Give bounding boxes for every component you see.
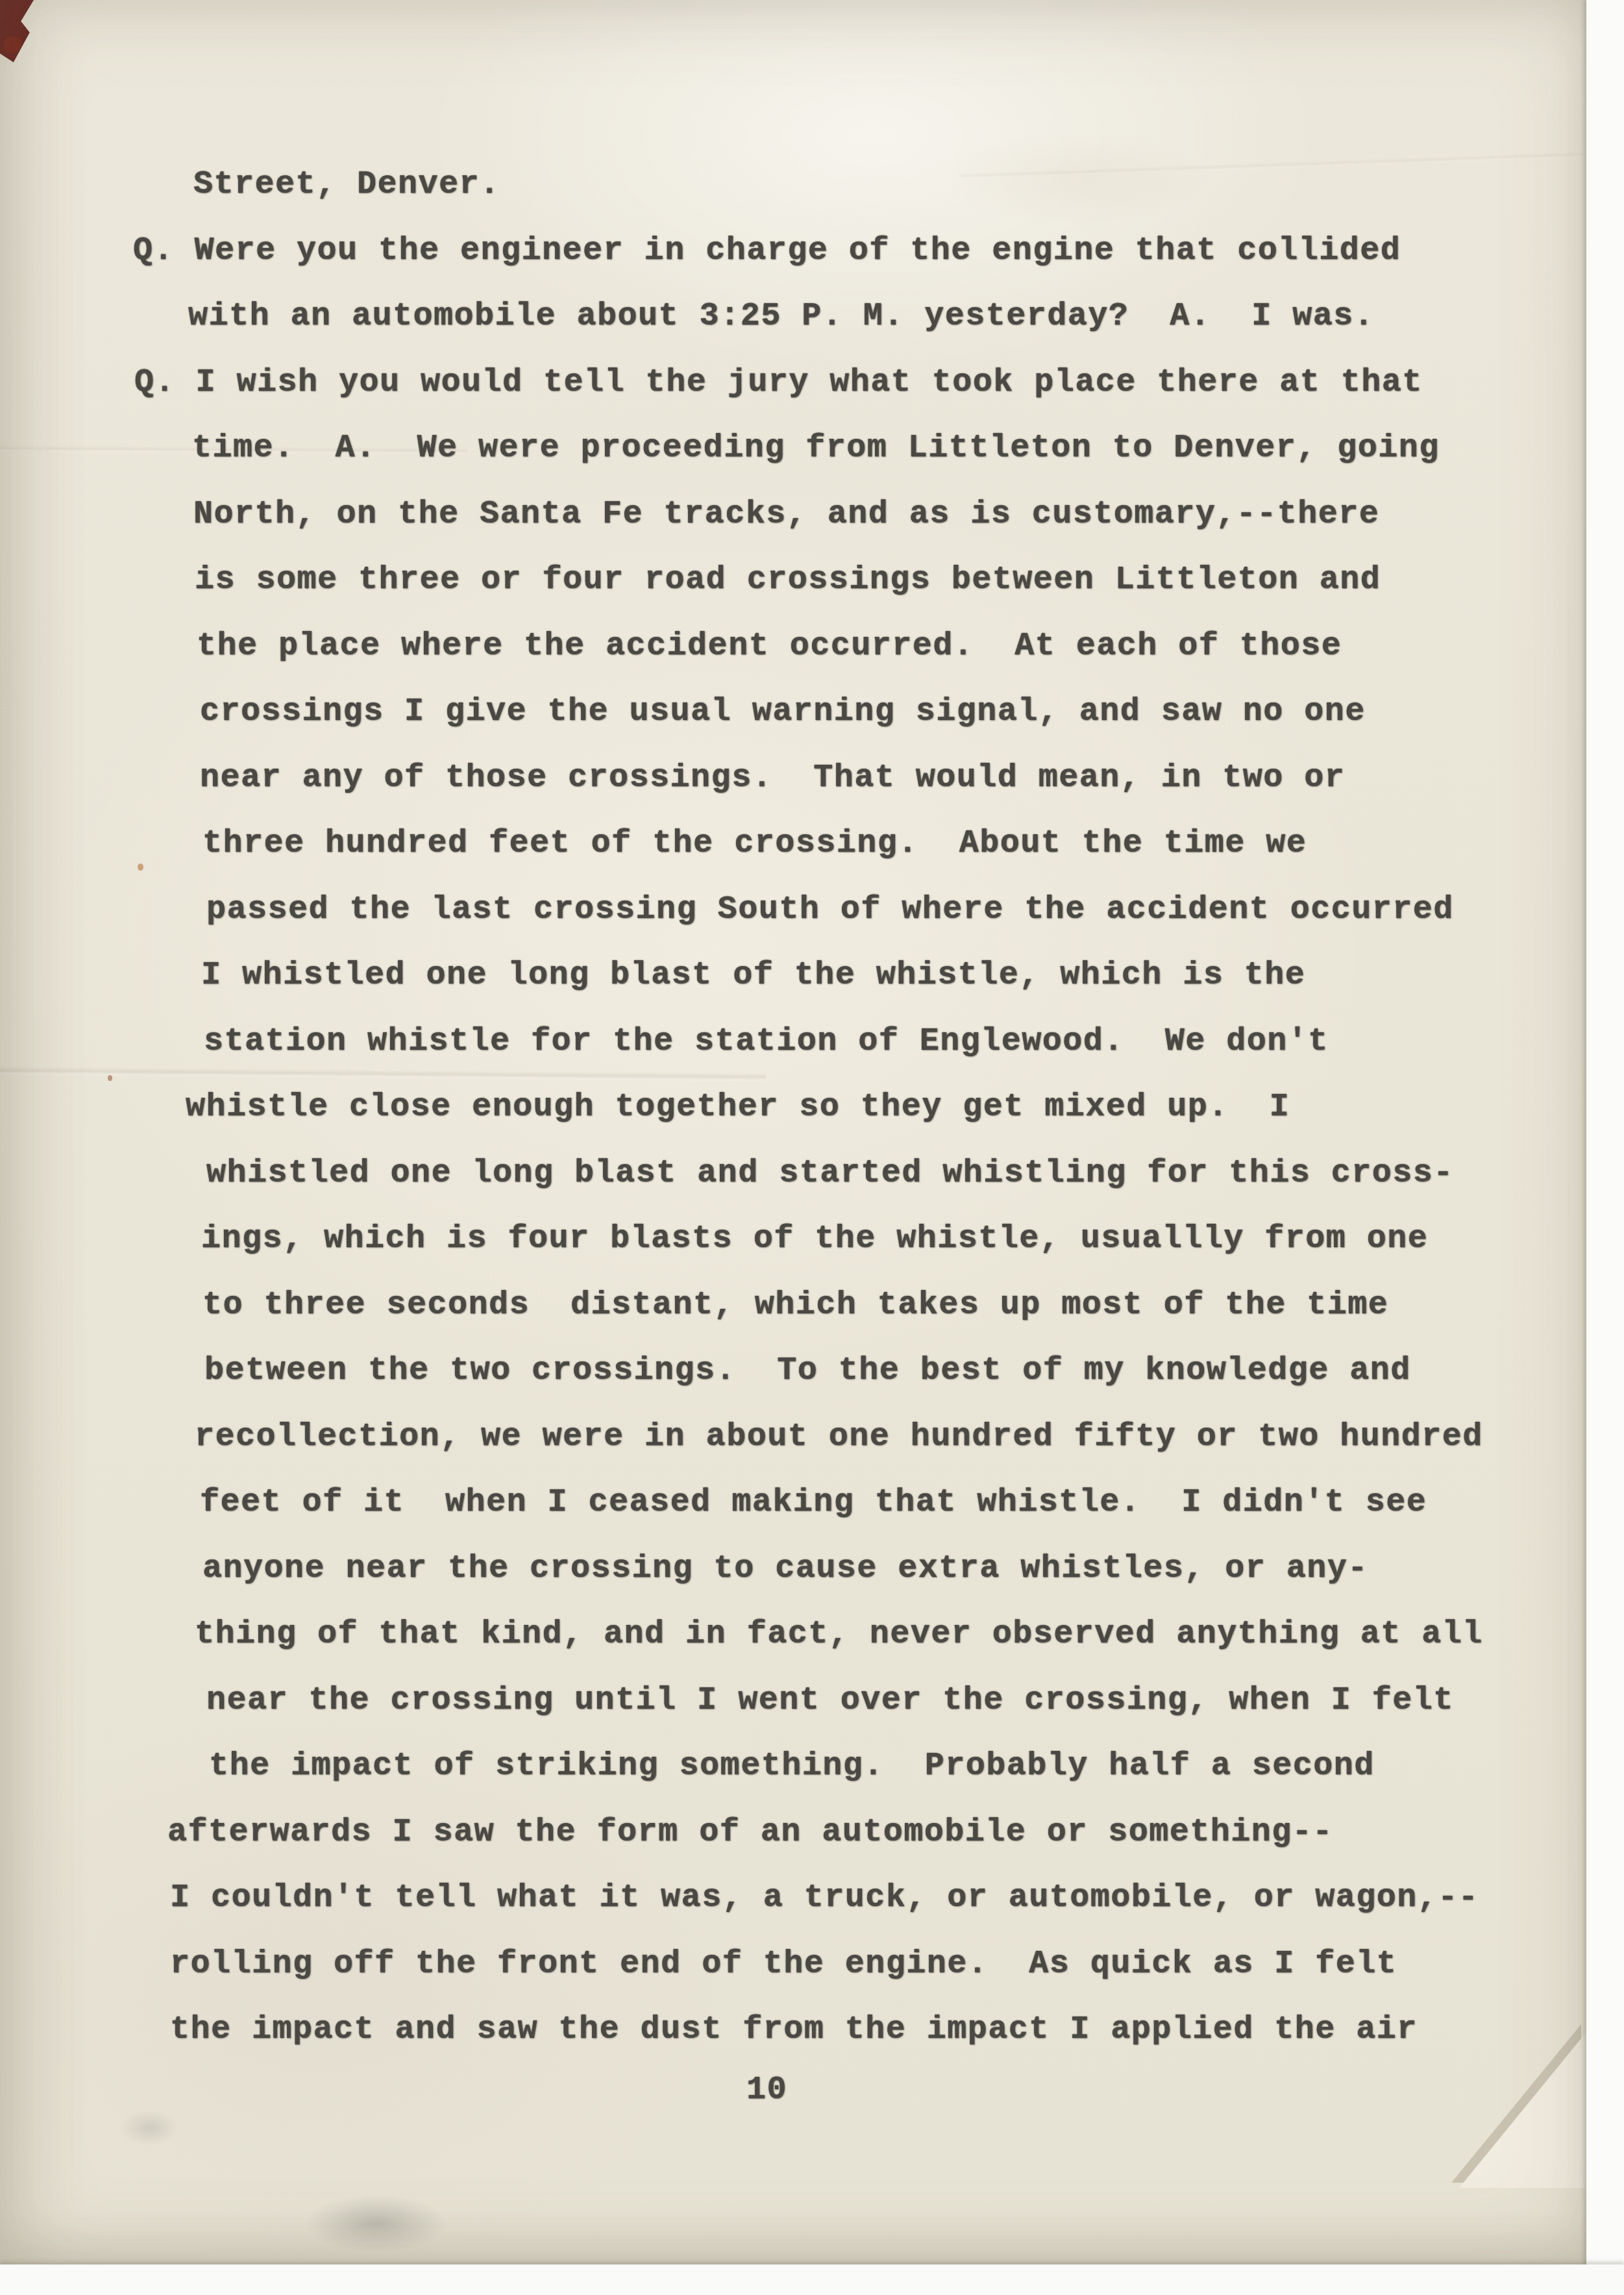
paper-stain — [941, 130, 1214, 227]
typed-line: thing of that kind, and in fact, never o… — [195, 1615, 1483, 1654]
typed-line: near the crossing until I went over the … — [206, 1681, 1454, 1720]
typed-line: the impact and saw the dust from the imp… — [170, 2011, 1418, 2050]
typed-line: ings, which is four blasts of the whistl… — [201, 1220, 1428, 1259]
typed-line: to three seconds distant, which takes up… — [203, 1286, 1388, 1325]
typed-line: station whistle for the station of Engle… — [204, 1023, 1329, 1061]
paper-sheet: Street, Denver. Q. Were you the engineer… — [0, 0, 1586, 2264]
scanner-background-bottom — [0, 2264, 1624, 2295]
typed-line: is some three or four road crossings bet… — [195, 561, 1381, 600]
typed-line: I couldn't tell what it was, a truck, or… — [170, 1879, 1479, 1918]
paper-speck — [138, 863, 143, 871]
typed-line: crossings I give the usual warning signa… — [200, 693, 1366, 732]
typed-line: afterwards I saw the form of an automobi… — [167, 1813, 1333, 1852]
typed-line: the place where the accident occurred. A… — [197, 627, 1342, 666]
typed-line: whistled one long blast and started whis… — [206, 1154, 1454, 1193]
typed-line: feet of it when I ceased making that whi… — [200, 1483, 1427, 1522]
typed-line: passed the last crossing South of where … — [206, 891, 1454, 930]
typed-line: I whistled one long blast of the whistle… — [201, 956, 1305, 995]
typed-line-question: Q. Were you the engineer in charge of th… — [133, 232, 1401, 271]
red-stain-dot — [3, 36, 21, 53]
typed-line: three hundred feet of the crossing. Abou… — [203, 825, 1307, 863]
typed-line: between the two crossings. To the best o… — [204, 1352, 1411, 1391]
taped-corner-shadow — [1451, 2024, 1581, 2183]
typed-line: with an automobile about 3:25 P. M. yest… — [188, 297, 1374, 336]
paper-smudge — [120, 2110, 178, 2146]
typed-line: anyone near the crossing to cause extra … — [203, 1550, 1368, 1589]
scanned-transcript-page: { "doc": { "lines": [ "Street, Denver.",… — [0, 0, 1624, 2295]
typed-line-question: Q. I wish you would tell the jury what t… — [134, 364, 1423, 403]
typed-line: near any of those crossings. That would … — [200, 759, 1345, 798]
typed-line: the impact of striking something. Probab… — [209, 1747, 1375, 1786]
typed-line: time. A. We were proceeding from Littlet… — [192, 429, 1440, 468]
crease-line — [0, 1067, 766, 1081]
crease-line — [961, 151, 1584, 179]
paper-speck — [108, 1075, 112, 1081]
paper-smudge — [305, 2194, 448, 2253]
typed-line: North, on the Santa Fe tracks, and as is… — [193, 495, 1379, 534]
page-number: 10 — [746, 2071, 787, 2110]
typed-line: rolling off the front end of the engine.… — [170, 1945, 1397, 1984]
red-stain-corner — [0, 0, 34, 62]
typed-line: recollection, we were in about one hundr… — [195, 1418, 1483, 1457]
scanner-background-right — [1586, 0, 1624, 2295]
typed-line: whistle close enough together so they ge… — [186, 1088, 1290, 1127]
taped-corner — [1459, 2032, 1586, 2188]
typed-line: Street, Denver. — [193, 166, 500, 205]
